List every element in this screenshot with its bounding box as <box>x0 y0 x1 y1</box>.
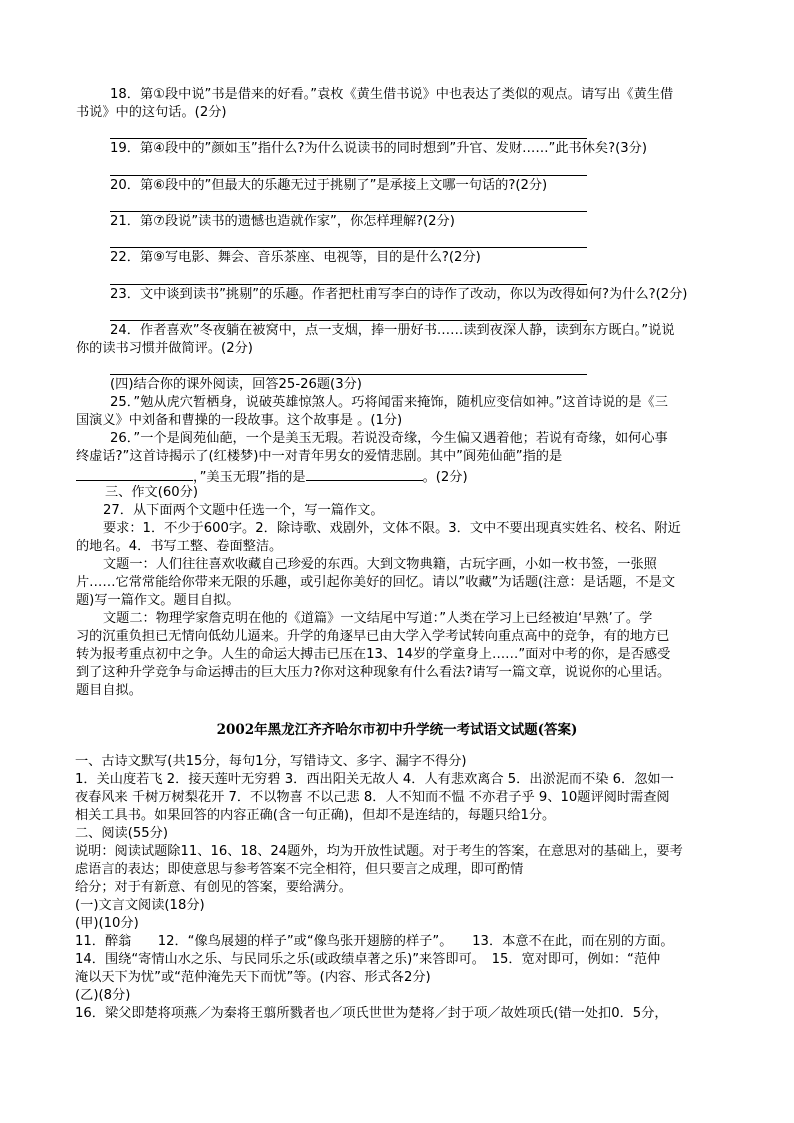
blank-meiyu-wuxia[interactable] <box>306 466 423 481</box>
q21-text: 21．第⑦段说”读书的遗憾也造就作家”，你怎样理解?(2分) <box>110 213 455 231</box>
answer-line-q22 <box>110 284 587 285</box>
topic1-line2: 片……它常常能给你带来无限的乐趣，或引起你美好的回忆。请以”收藏”为话题(注意：… <box>76 574 675 592</box>
topic2-line1: 文题二：物理学家詹克明在他的《道篇》一文结尾中写道：”人类在学习上已经被迫‘早熟… <box>103 610 652 628</box>
answers-sec2-note2: 虑语言的表达；即使意思与参考答案不完全相符，但只要言之成理，即可酌情 <box>75 861 523 879</box>
answers-sec2-note3: 给分；对于有新意、有创见的答案，要给满分。 <box>75 879 352 897</box>
answers-jia-header: (甲)(10分) <box>75 915 139 933</box>
topic2-line2: 习的沉重负担已无情向低幼儿逼来。升学的角逐早已由大学入学考试转向重点高中的竞争，… <box>76 628 669 646</box>
answers-title: 2002年黑龙江齐齐哈尔市初中升学统一考试语文试题(答案) <box>0 721 794 739</box>
q25-line2: 国演义》中刘备和曹操的一段故事。这个故事是 。(1分) <box>76 412 402 430</box>
answers-line-16: 16．梁父即楚将项燕／为秦将王翦所戮者也／项氏世世为楚将／封于项／故姓项氏(错一… <box>75 1005 668 1023</box>
answers-sec2-note1: 说明：阅读试题除11、16、18、24题外，均为开放性试题。对于考生的答案，在意… <box>75 843 683 861</box>
answer-line-q23 <box>110 320 587 321</box>
document-page: 18．第①段中说”书是借来的好看。”袁枚《黄生借书说》中也表达了类似的观点。请写… <box>0 0 794 1123</box>
q27-line1: 27．从下面两个文题中任选一个，写一篇作文。 <box>103 502 384 520</box>
q26-mid-text: ，”美玉无瑕”指的是 <box>193 470 306 485</box>
blank-langyuan-xianpa[interactable] <box>76 466 193 481</box>
answers-sub1-header: (一)文言文阅读(18分) <box>75 897 205 915</box>
q20-text: 20．第⑥段中的”但最大的乐趣无过于挑剔了”是承接上文哪一句话的?(2分) <box>110 177 547 195</box>
answer-line-q24 <box>110 374 587 375</box>
q18-line1: 18．第①段中说”书是借来的好看。”袁枚《黄生借书说》中也表达了类似的观点。请写… <box>110 86 673 104</box>
answer-line-q19 <box>110 175 587 176</box>
q27-req-line2: 的地名。4．书写工整、卷面整洁。 <box>76 538 282 556</box>
answers-line-15-cont: 淹以天下为忧”或“范仲淹先天下而忧”等。(内容、形式各2分) <box>75 969 431 987</box>
answer-line-q20 <box>110 211 587 212</box>
answers-line-11-13: 11．醉翁 12．“像鸟展翅的样子”或“像鸟张开翅膀的样子”。 13．本意不在此… <box>75 933 674 951</box>
answers-sec1-line2: 夜春风来 千树万树梨花开 7．不以物喜 不以己悲 8．人不知而不愠 不亦君子乎 … <box>75 789 670 807</box>
q26-end-text: 。(2分) <box>423 470 468 485</box>
topic2-line3: 转为报考重点初中之争。人生的命运大搏击已压在13、14岁的学童身上……”面对中考… <box>76 646 670 664</box>
answer-line-q18 <box>110 138 587 139</box>
topic2-line4: 到了这种升学竞争与命运搏击的巨大压力?你对这种现象有什么看法?请写一篇文章，说说… <box>76 664 670 682</box>
q26-line2: 终虚话?”这首诗揭示了(红楼梦)中一对青年男女的爱情悲剧。其中”阆苑仙葩”指的是 <box>76 448 562 466</box>
topic1-line3: 题)写一篇作文。题目自拟。 <box>76 592 239 610</box>
q23-text: 23．文中谈到读书”挑剔”的乐趣。作者把杜甫写李白的诗作了改动，你以为改得如何?… <box>110 286 687 304</box>
answers-sec1-line1: 1．关山度若飞 2．接天莲叶无穷碧 3．西出阳关无故人 4．人有悲欢离合 5．出… <box>75 771 674 789</box>
q22-text: 22．第⑨写电影、舞会、音乐茶座、电视等，目的是什么?(2分) <box>110 249 481 267</box>
q18-line2: 书说》中的这句话。(2分) <box>76 104 227 122</box>
q25-line1: 25．”勉从虎穴暂栖身，说破英雄惊煞人。巧将闻雷来掩饰，随机应变信如神。”这首诗… <box>110 394 668 412</box>
topic2-line5: 题目自拟。 <box>76 682 142 700</box>
q24-line2: 你的读书习惯并做简评。(2分) <box>76 340 253 358</box>
section3-header: 三、作文(60分) <box>105 484 198 502</box>
answers-line-14-15: 14．围绕“寄情山水之乐、与民同乐之乐(或政绩卓著之乐)”来答即可。 15．宽对… <box>75 951 660 969</box>
answers-sec1-line3: 相关工具书。如果回答的内容正确(含一句正确)，但却不是连结的，每题只给1分。 <box>75 807 555 825</box>
answers-sec1-header: 一、古诗文默写(共15分，每句1分，写错诗文、多字、漏字不得分) <box>75 753 467 771</box>
topic1-line1: 文题一：人们往往喜欢收藏自己珍爱的东西。大到文物典籍，古玩字画，小如一枚书签，一… <box>103 556 657 574</box>
q26-line1: 26．”一个是阆苑仙葩，一个是美玉无瑕。若说没奇缘，今生偏又遇着他；若说有奇缘，… <box>110 430 668 448</box>
q19-text: 19．第④段中的”颜如玉”指什么?为什么说读书的同时想到”升官、发财……”此书休… <box>110 140 647 158</box>
section4-header: (四)结合你的课外阅读，回答25-26题(3分) <box>110 376 362 394</box>
answer-line-q21 <box>110 247 587 248</box>
q27-req-line1: 要求：1．不少于600字。2．除诗歌、戏剧外，文体不限。3．文中不要出现真实姓名… <box>103 520 681 538</box>
answers-sec2-header: 二、阅读(55分) <box>75 825 168 843</box>
q24-line1: 24．作者喜欢”冬夜躺在被窝中，点一支烟，捧一册好书……读到夜深人静，读到东方既… <box>110 322 675 340</box>
answers-yi-header: (乙)(8分) <box>75 987 130 1005</box>
